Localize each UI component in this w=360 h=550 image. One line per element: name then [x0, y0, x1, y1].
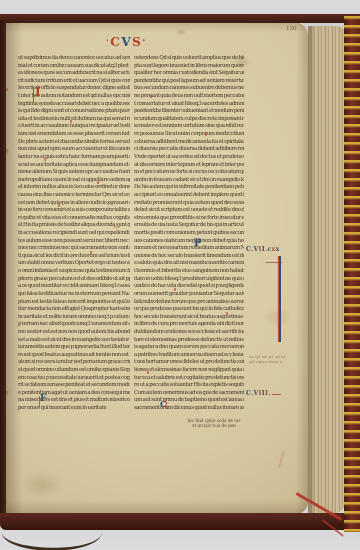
rubric-mark: [174, 288, 176, 291]
manuscript-text-line: s diuersa adhibent medicamenta ita et sp…: [134, 139, 244, 147]
manuscript-text-line: causa eius fine canonico terminetur Qm s…: [18, 192, 130, 200]
manuscript-text-line: est a malo est sicut dns in euangelio su…: [18, 337, 130, 345]
manuscript-text-line: m est quod beatus augustinus ait iuratio…: [18, 352, 130, 360]
manuscript-text-line: st quod omnino uitandum est omibz xpiani…: [18, 367, 130, 375]
manuscript-text-line: uita et testimoniu nulli sit dubium na q…: [18, 116, 130, 124]
manuscript-text-line: mes nec criminosi nec qui sacramento non…: [18, 245, 130, 253]
manuscript-text-line: stro omnia que promittitis ei ne forte i…: [134, 215, 244, 223]
manuscript-text-line: em coactus p necessitate iurauerit et po…: [18, 375, 130, 383]
manuscript-text-line: De his autem qui in infirmitate penitent…: [134, 184, 244, 192]
manuscript-text-line: tes autem esse non possunt serui nec lib…: [18, 238, 130, 246]
manuscript-text-line: et interim nullus alius in loco eius ord…: [18, 184, 130, 192]
manuscript-text-line: in accusatione recipiendi sunt uel qui r…: [18, 230, 130, 238]
manuscript-text-line: itur mendacia non effugiet Quapropter ka…: [18, 306, 130, 314]
manuscript-text-line: is agatur a dno quam eorum peccata merue…: [134, 344, 244, 352]
rubric-mark: [150, 95, 152, 98]
manuscript-text-line: itam in uobis Ideoq3 presbiteri uigilent…: [134, 276, 244, 284]
manuscript-text-line: uos canones uiaticum negari non debet qu…: [134, 238, 244, 246]
rubric-mark: [226, 312, 228, 315]
manuscript-text-line: rmitate promiserunt quia uotum quod deo …: [134, 200, 244, 208]
manuscript-text-line: legitima synodo accusari debet nec a quo…: [18, 101, 130, 109]
manuscript-text-line: io mater est omnium uirtutum sine qua ni…: [134, 123, 244, 131]
running-title: ·CVS·: [106, 35, 147, 49]
manuscript-text-line: ecundum qualitatem culpe discrete impona…: [134, 116, 244, 124]
manuscript-text-line: in ueritate et nolite iurare omnino neq3…: [18, 314, 130, 322]
rubric-mark: [97, 181, 99, 184]
manuscript-text-line: accipiunt si conualuerint debent implere…: [134, 192, 244, 200]
manuscript-text-line: is qui fide digni sunt et conuersatione …: [18, 108, 130, 116]
manuscript-text-line: s salute quia dns ait nisi manducaueriti…: [134, 260, 244, 268]
manuscript-text-line: ambo in foueam cadant sicut dns in euang…: [134, 177, 244, 185]
manuscript-text-line: i hominis et biberitis eius sanguinem no…: [134, 268, 244, 276]
manuscript-text-line: in libro de cura pro mortuis agenda ubi …: [134, 321, 244, 329]
manuscript-text-line: e omni infamia et suspicione quia testim…: [18, 268, 130, 276]
manuscript-text-line: De pbris autem et diaconibz similis form…: [18, 139, 130, 147]
running-title-letter-s: S: [132, 35, 142, 49]
manuscript-text-line: ptum est testis falsus non erit impunitu…: [18, 299, 130, 307]
chapter-marker-cvii: C.VII.cxx: [246, 246, 280, 253]
rubric-mark: [90, 251, 92, 254]
title-dot: ·: [142, 35, 146, 45]
manuscript-text-line: um stabit omne verbum Oportet ergo ut te…: [18, 260, 130, 268]
manuscript-text-line: unione de hoc seculo transierit timendum…: [134, 253, 244, 261]
manuscript-text-line: mo uester est est non non quod autem his…: [18, 329, 130, 337]
manuscript-text-line: a patribus traditum uniuersa obseruat ec…: [134, 352, 244, 360]
manuscript-text-line: atum si res uera iuratur sed periurium g…: [18, 359, 130, 367]
manuscript-text-line: re ut a peccatis soluantur His ita exple…: [134, 382, 244, 390]
manuscript-text-line: debet sicut scriptum est uouete et reddi…: [134, 207, 244, 215]
chapter-flourish-dash: [272, 394, 281, 395]
manuscript-text-line: nione alienum Si quis autem epc accusatu…: [18, 169, 130, 177]
chapter-flourish-bar: [266, 262, 282, 263]
manuscript-text-line: p terram nec aliud quodcumq3 iuramentum …: [18, 321, 130, 329]
manuscript-text-line: non nisi apud epm suum accusentur et ibi…: [18, 146, 130, 154]
manuscript-text-line: orum euenerit grauiter puniantur Sequitu…: [134, 291, 244, 299]
decorated-initial-i: I: [35, 86, 41, 98]
manuscript-text-line: per omes qui inuocant eum in ueritate: [18, 405, 130, 413]
text-column-right: ostendens Qd si quis uoluerit amplius qu…: [134, 55, 244, 413]
manuscript-text-line: tur sca et salubris est cogitatio pro de…: [134, 375, 244, 383]
manuscript-text-line: mmum et necessarium remedium animarum Na…: [134, 245, 244, 253]
manuscript-text-line: bus secundum canones subuenire debemus n…: [134, 85, 244, 93]
catchword-note: hic finit qstio scda de iuret incipit tc…: [183, 418, 245, 428]
manuscript-text-line: rit se falsum iurasse peniteat et secund…: [18, 382, 130, 390]
book-cover-top-edge: [0, 14, 360, 23]
manuscript-text-line: niat et coram omibz causam sua dicat atq…: [18, 63, 130, 71]
manuscript-text-line: um aut sunt primu de baptismo quod est i…: [134, 397, 244, 405]
initial-flourish: [33, 87, 34, 103]
manuscript-text-line: Cum autem uenerimus ad ea que de sacrame…: [134, 390, 244, 398]
initial-flourish: [166, 402, 167, 409]
manuscript-text-line: ci diuersis peccatis diuersa debent adhi…: [134, 146, 244, 154]
manuscript-text-line: penitentibz libenter subueniant et modum…: [134, 108, 244, 116]
chapter-letter: x: [276, 246, 280, 253]
manuscript-text-line: dubitandum orationes sce ecclesie et sac…: [134, 329, 244, 337]
manuscript-text-line: ium nisi emendatum se esse pbauerit cora…: [18, 131, 130, 139]
manuscript-text-line: ereatis de uia iusta Sequitur de his qui…: [134, 222, 244, 230]
chapter-flourish-line: [279, 256, 281, 342]
manuscript-text-line: metropolitanu suum liceat ei appellare s…: [18, 177, 130, 185]
manuscript-text-line: Vnde oportet ut sacerdos sit doctus et p…: [134, 154, 244, 162]
binding-cord: [1, 511, 103, 550]
rubric-mark: [114, 226, 120, 228]
rubric-mark: [58, 204, 60, 207]
decorated-initial-p: P: [194, 239, 202, 249]
manuscript-text-line: in suo foro conueniri et a suis comproui…: [18, 207, 130, 215]
manuscript-text-line: iuramentis autem que p ignorantia fiunt …: [18, 344, 130, 352]
manuscript-text-line: ostendens Qd si quis uoluerit amplius qu…: [134, 55, 244, 63]
manuscript-text-line: ut supdiximus ita demu canonice uocatus …: [18, 55, 130, 63]
manuscript-text-line: pferre graue peccatum est et deo odibile…: [18, 276, 130, 284]
gloss-line: qd supra dictu e: [249, 359, 293, 364]
book-gutter-edge: [0, 20, 6, 522]
catchword-line: et incipit tcia de pen: [183, 423, 245, 428]
manuscript-text-line: sacramentorum dicemus quod nullus iterar…: [134, 405, 244, 413]
manuscript-text-line: penitentibz qui post lapsum ad ueniam re…: [134, 78, 244, 86]
manuscript-text-line: iantur na si quis extra hanc formam psum…: [18, 154, 130, 162]
manuscript-text-line: es idoneos quos secum adduxerit na si al…: [18, 70, 130, 78]
manuscript-text-line: qualiter hec omnia custodienda sint Sequ…: [134, 70, 244, 78]
manuscript-photo: ·CVS· 130 ut supdiximus ita demu canonic…: [0, 0, 360, 550]
manuscript-text-line: at discernere inter lepram et lepram et …: [134, 162, 244, 170]
manuscript-text-line: m et peccatum ne forte si cecus ceco duc…: [134, 169, 244, 177]
manuscript-text-line: lationibz defunctorum que pro animabus e…: [134, 299, 244, 307]
manuscript-text-line: ri quibz et vita eius et conuersatio mel…: [18, 215, 130, 223]
running-title-letter-c: C: [110, 35, 121, 49]
manuscript-text-line: qui falsa testificantur ne in eternum pe…: [18, 291, 130, 299]
running-title-letter-v: V: [121, 35, 132, 49]
rubric-mark: [70, 120, 72, 123]
manuscript-text-line: e penitentiam agat ut ueniam a deo conse…: [18, 390, 130, 398]
marginal-gloss: no q3 sic p3 ad idqd supra dictu e: [249, 354, 293, 364]
fore-edge-pages: [308, 26, 346, 514]
manuscript-text-line: est non debet quisqua in alieno iudicio …: [18, 200, 130, 208]
rubric-mark: [44, 158, 46, 161]
manuscript-text-line: na misericors est dns et pius et multum …: [18, 397, 130, 405]
manuscript-text-line: sciat se auctoritate aplica esse dampnan…: [18, 162, 130, 170]
chapter-marker-cviii: C.VIII.: [246, 390, 271, 397]
manuscript-text-line: t conuertatur et uiuat Ideoq3 sacerdotes…: [134, 101, 244, 109]
text-column-left: ut supdiximus ita demu canonice uocatus …: [18, 55, 130, 413]
manuscript-text-line: mortis positi comunionem petunt quibus s…: [134, 230, 244, 238]
rubric-mark: [205, 133, 207, 136]
manuscript-text-line: uiatico de hac uita discedat quod si p n…: [134, 283, 244, 291]
manuscript-text-line: tare et elemosinas prodesse defunctis ut…: [134, 337, 244, 345]
manuscript-text-line: tiones et elemosinas facere non negligan…: [134, 367, 244, 375]
chapter-letter: .: [268, 390, 271, 397]
manuscript-text-line: pta sunt legere inueniet in libris maior…: [134, 63, 244, 71]
manuscript-text-line: a os quod mentitur occidit animam Ideoq3…: [18, 283, 130, 291]
manuscript-text-line: s fuerit in accusatione nunqua recipiatu…: [18, 123, 130, 131]
manuscript-text-line: ti quia sicut lex dicit in ore duorum ue…: [18, 253, 130, 261]
manuscript-text-line: re possumus Sicut enim corporum medici d…: [134, 131, 244, 139]
decorated-initial-f: F: [40, 395, 46, 404]
spine-gold-tooling: [344, 16, 360, 532]
rubric-mark: [6, 88, 8, 91]
initial-flourish: [39, 396, 40, 407]
folio-number: 130: [286, 26, 297, 32]
rubric-mark: [147, 371, 149, 374]
manuscript-text-line: t nos hortamur omes fideles ut pro defun…: [134, 359, 244, 367]
